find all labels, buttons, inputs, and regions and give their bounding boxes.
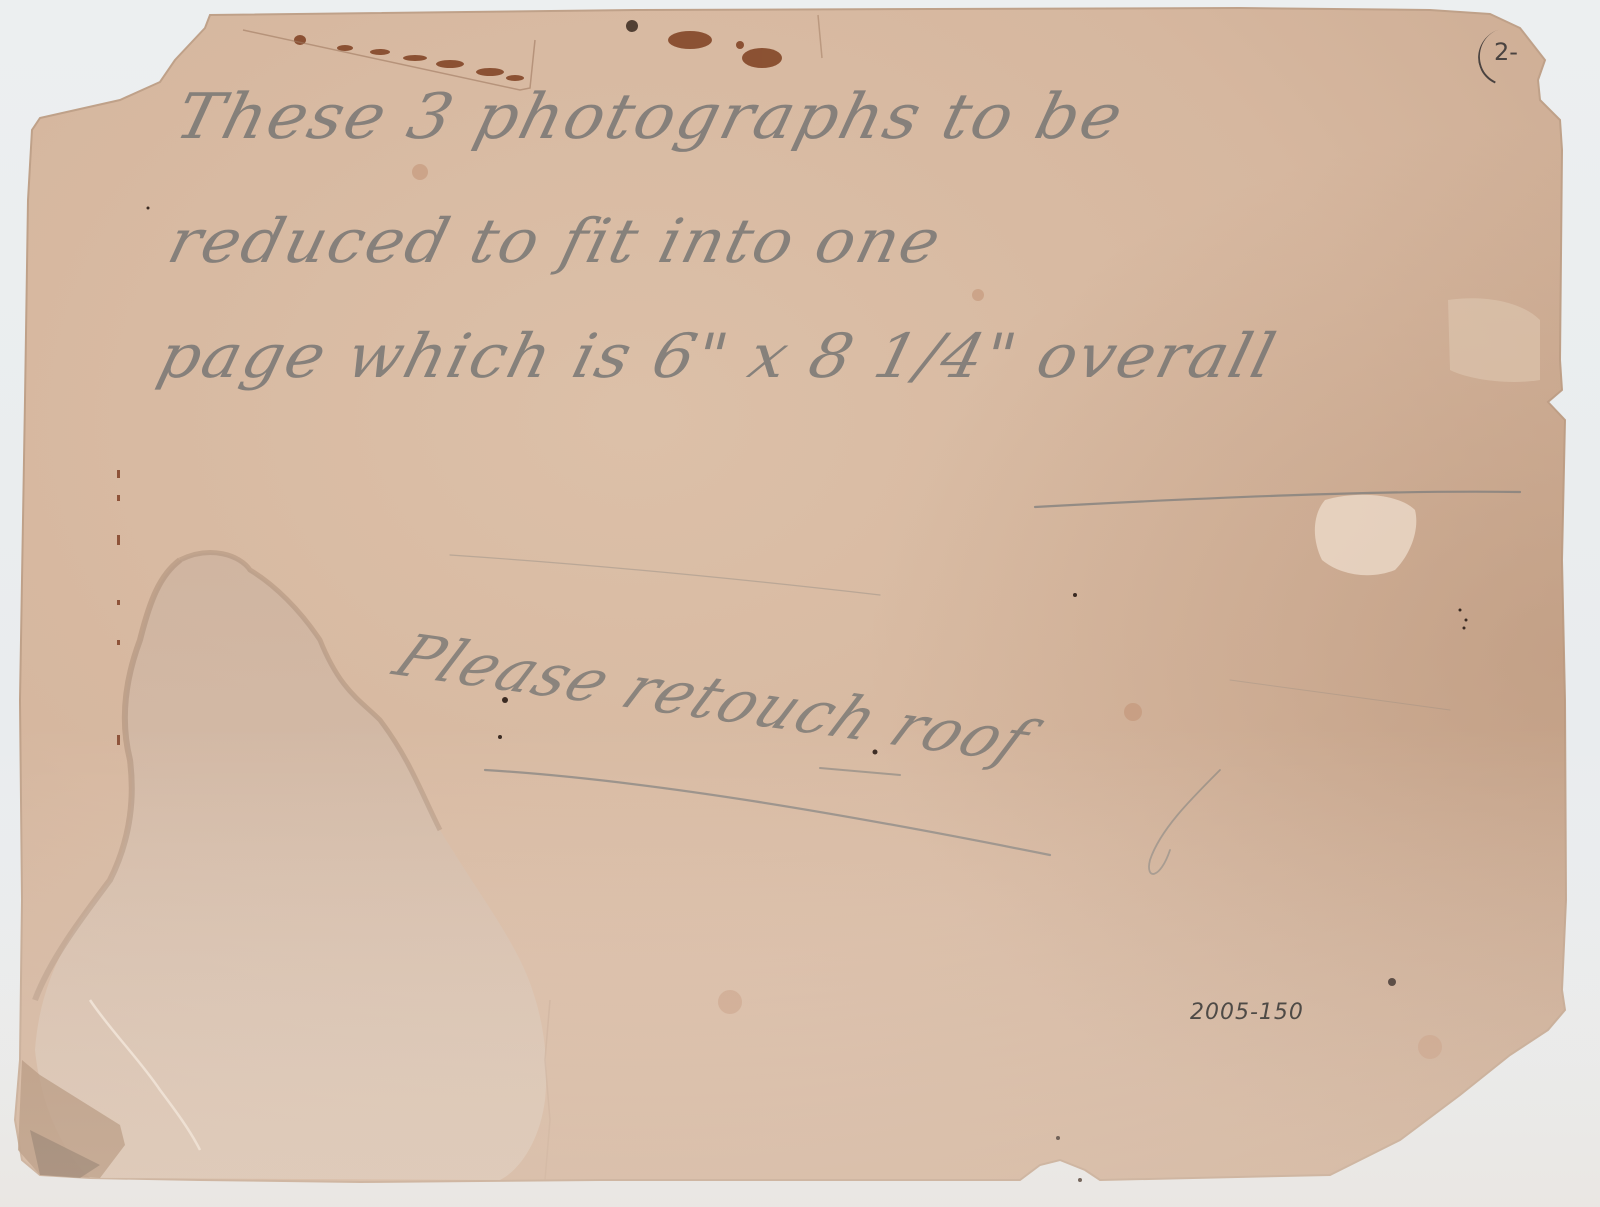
handwritten-line-2: reduced to fit into one: [161, 207, 949, 277]
handwritten-line-1: These 3 photographs to be: [169, 80, 1132, 153]
scan-background: 2- These 3 photographs to be reduced to …: [0, 0, 1600, 1207]
accession-number: 2005-150: [1190, 1000, 1304, 1025]
paper-card: [0, 0, 1600, 1207]
page-marker-text: 2-: [1494, 38, 1518, 66]
page-marker: 2-: [1478, 28, 1532, 84]
handwritten-line-3: page which is 6" x 8 1/4" overall: [151, 322, 1283, 392]
